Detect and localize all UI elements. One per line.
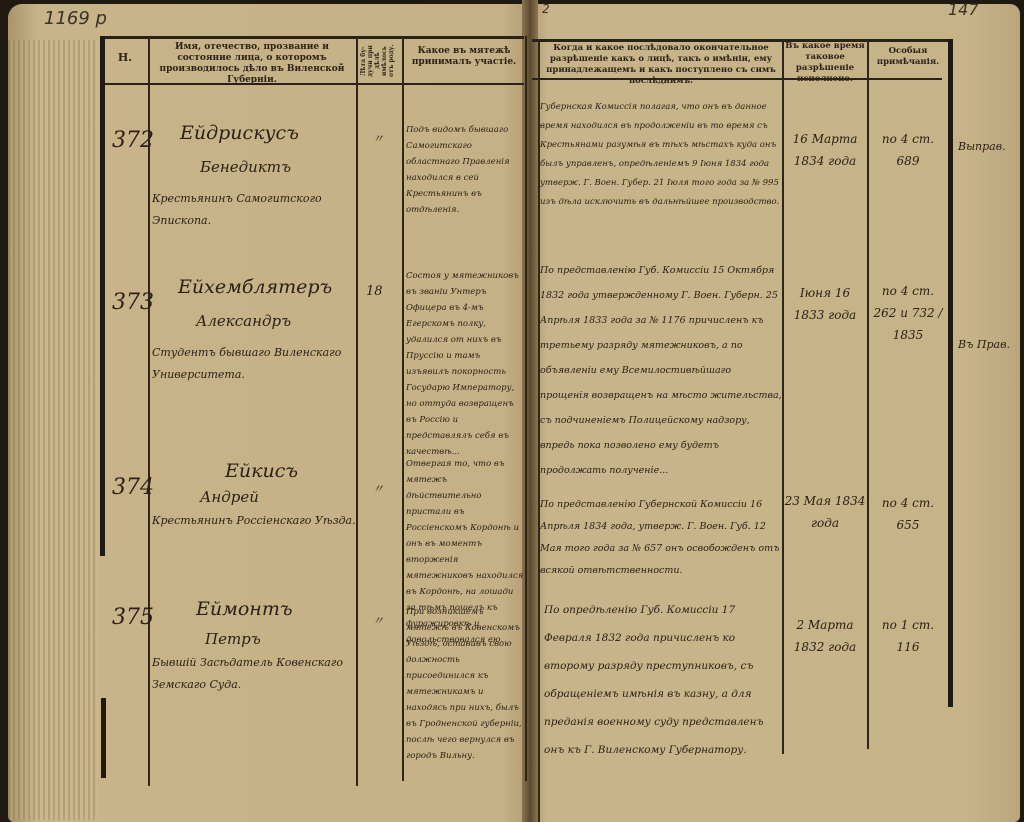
sheet-mark: 2 [542,2,550,16]
participation: При возникшемъ мятежѣ въ Ковенскомъ Уѣзд… [406,604,524,764]
age: 18 [366,284,383,299]
surname: Еймонтъ [196,598,293,620]
resolution: По опредѣленію Губ. Комиссіи 17 Февраля … [544,596,784,764]
surname: Ейкисъ [225,460,298,482]
age: 〃 [372,480,384,497]
participation: Состоя у мятежниковъ въ званіи Унтеръ Оф… [406,268,524,460]
person-status: Крестьянинъ Россіенскаго Уѣзда. [152,510,362,532]
archive-number: 1169 р [44,8,107,29]
col-rule-remarks [948,39,953,707]
executed-ref: по 4 ст. 262 и 732 / 1835 [870,280,946,346]
header-num: Н. [104,52,146,63]
col-rule-executed [867,39,869,749]
remarks: Выправ. [958,140,1006,153]
age: 〃 [372,612,384,629]
executed-ref: по 1 ст. 116 [870,614,946,658]
col-rule-participation [525,36,527,781]
ledger-book: 1169 р 147 2 Н. Имя, отечество, прозвани… [0,0,1024,822]
person-status: Студентъ бывшаго Виленскаго Университета… [152,342,356,386]
executed-date: 16 Марта 1834 года [784,128,866,172]
person-status: Крестьянинъ Самогитского Эпископа. [152,188,356,232]
person-status: Бывшій Засѣдатель Ковенскаго Земскаго Су… [152,652,362,696]
resolution: По представленію Губернской Комиссіи 16 … [540,494,782,582]
executed-ref: по 4 ст. 655 [870,492,946,536]
header-resolution: Когда и какое послѣдовало окончательное … [540,43,782,87]
age: 〃 [372,130,384,147]
row-number: 372 [112,128,154,153]
given-name: Андрей [200,488,259,506]
executed-date: Іюня 16 1833 года [784,282,866,326]
surname: Ейхемблятеръ [178,276,332,298]
col-rule-age [402,36,404,781]
given-name: Александръ [196,312,291,330]
header-top-rule-right [532,39,952,42]
header-age: Лѣта бу-дучи при дѣлѣ имѣлось отъ роду. [360,40,400,82]
remarks: Въ Прав. [958,338,1010,351]
header-participation: Какое въ мятежѣ принималъ участіе. [404,46,524,68]
executed-date: 23 Мая 1834 года [784,490,866,534]
executed-ref: по 4 ст. 689 [870,128,946,172]
given-name: Петръ [205,630,261,648]
surname: Ейдрискусъ [180,122,299,144]
header-remarks: Особыя примѣчанія. [870,46,946,68]
row-number: 375 [112,605,154,630]
page-number: 147 [948,0,979,19]
resolution: По представленію Губ. Комиссіи 15 Октябр… [540,258,782,483]
page-edges [8,40,98,820]
header-person: Имя, отечество, прозвание и состояние ли… [150,42,354,86]
row-number: 373 [112,290,154,315]
participation: Подъ видомъ бывшаго Самогитскаго областн… [406,122,524,218]
resolution: Губернская Комиссія полагая, что онъ въ … [540,98,782,212]
left-border-rule-lower [101,698,106,778]
executed-date: 2 Марта 1832 года [784,614,866,658]
given-name: Бенедиктъ [200,158,291,176]
row-number: 374 [112,475,154,500]
left-border-rule [100,36,105,556]
header-top-rule [100,36,524,39]
header-executed: Въ какое время таковое разрѣшеніе исполн… [784,41,866,85]
